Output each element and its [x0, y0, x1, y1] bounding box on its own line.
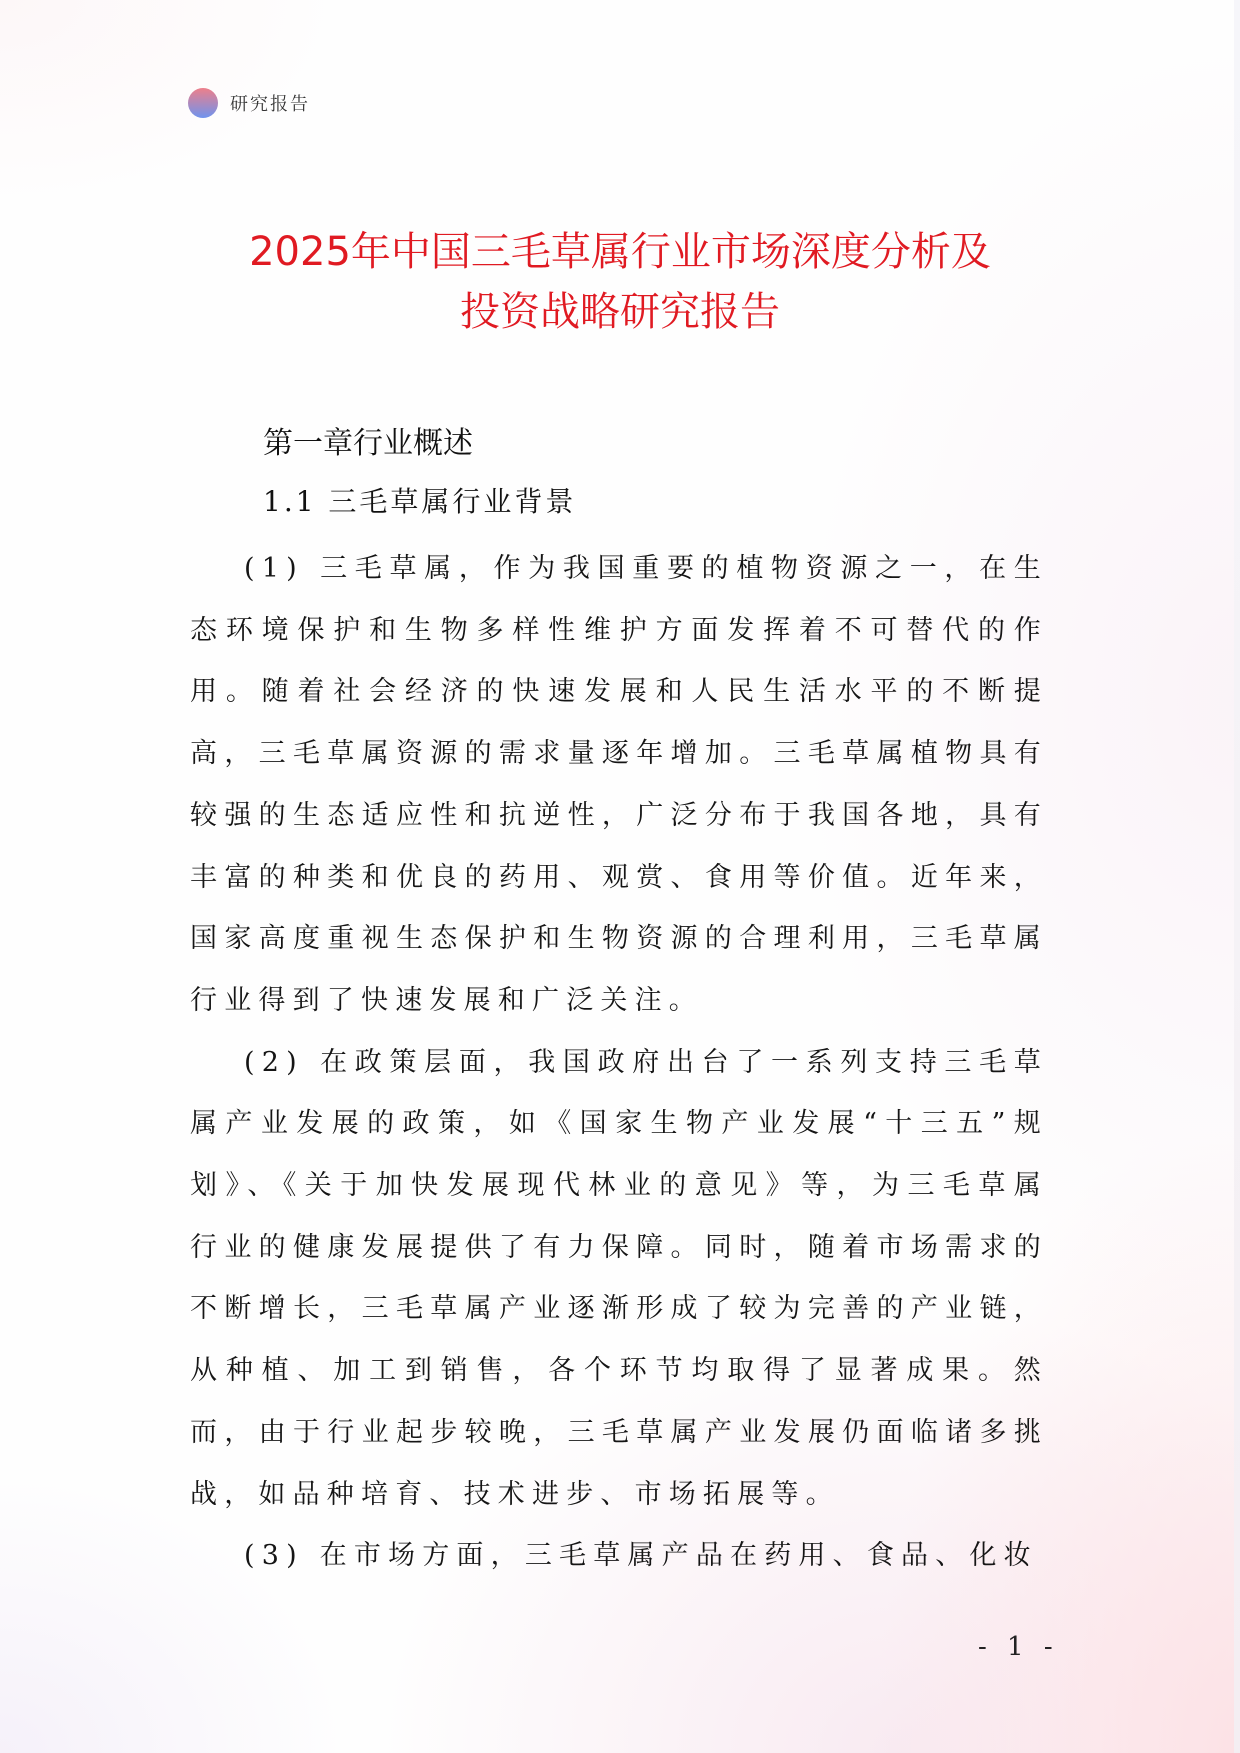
chapter-heading: 第一章行业概述 [263, 418, 473, 462]
paragraph-1: (1) 三毛草属，作为我国重要的植物资源之一，在生态环境保护和生物多样性维护方面… [190, 538, 1048, 1032]
paragraph-2: (2) 在政策层面，我国政府出台了一系列支持三毛草属产业发展的政策，如《国家生物… [190, 1032, 1048, 1526]
document-title-line-2: 投资战略研究报告 [0, 282, 1240, 342]
header-label: 研究报告 [230, 90, 310, 116]
document-title: 2025年中国三毛草属行业市场深度分析及 投资战略研究报告 [0, 222, 1240, 342]
paragraph-3: (3) 在市场方面，三毛草属产品在药用、食品、化妆 [190, 1525, 1048, 1587]
document-title-line-1: 2025年中国三毛草属行业市场深度分析及 [0, 222, 1240, 282]
body-text: (1) 三毛草属，作为我国重要的植物资源之一，在生态环境保护和生物多样性维护方面… [190, 538, 1048, 1587]
report-header-badge: 研究报告 [188, 88, 310, 118]
gradient-circle-logo-icon [188, 88, 218, 118]
page-number: - 1 - [978, 1632, 1059, 1662]
section-heading: 1.1 三毛草属行业背景 [263, 480, 576, 520]
